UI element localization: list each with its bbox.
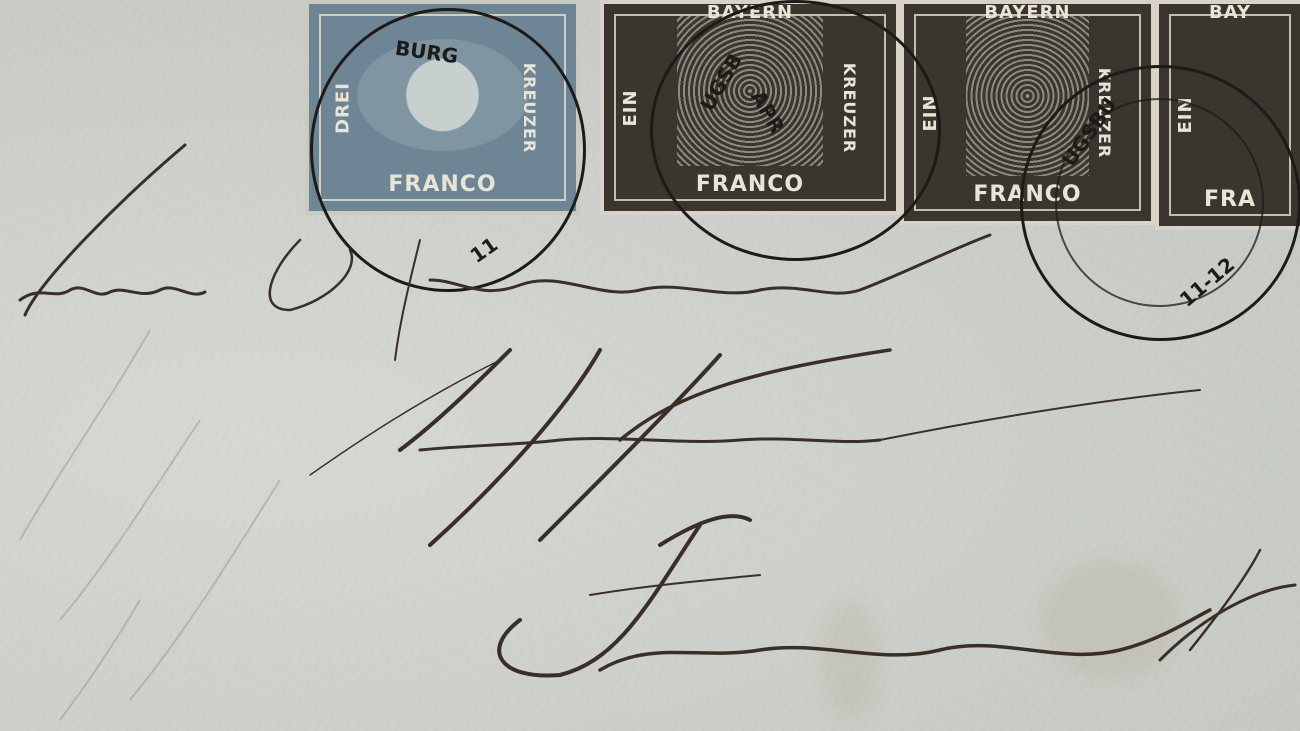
handwriting-ink xyxy=(0,0,1300,731)
envelope-scene: DREI KREUZER FRANCO BAYERN EIN KREUZER F… xyxy=(0,0,1300,731)
